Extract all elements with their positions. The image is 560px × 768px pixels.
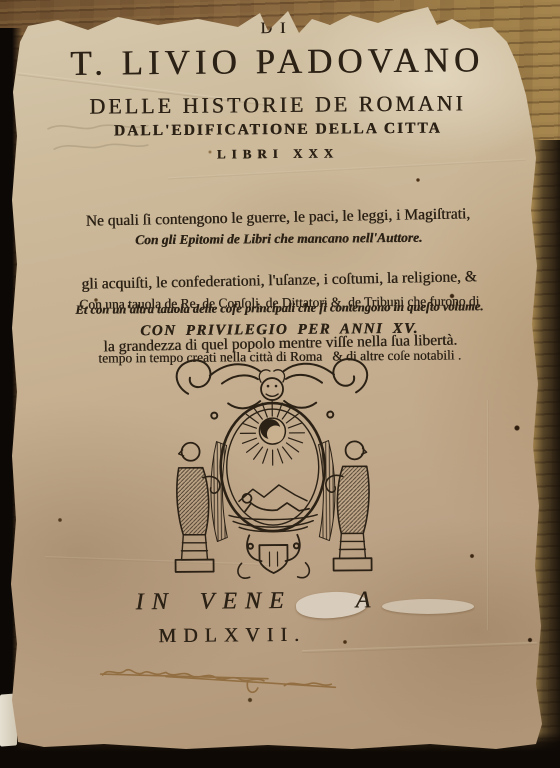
author-line: T. LIVIO PADOVANO xyxy=(7,40,547,85)
mountains xyxy=(239,485,307,502)
imprint-line: IN VENEA xyxy=(0,586,527,618)
title-page-paper: DI T. LIVIO PADOVANO DELLE HISTORIE DE R… xyxy=(0,0,560,768)
grotesque-mask xyxy=(259,370,284,400)
bottom-cartouche xyxy=(238,535,310,579)
printed-text-block: DI T. LIVIO PADOVANO DELLE HISTORIE DE R… xyxy=(0,0,560,768)
reclining-figure xyxy=(242,493,309,511)
work-title-line: DELLE HISTORIE DE ROMANI xyxy=(7,90,547,121)
torn-letters-gap xyxy=(292,607,356,608)
crossed-out-handwritten-inscription xyxy=(94,645,349,705)
imprint-prefix: IN VENE xyxy=(135,588,291,616)
crescent-moon-icon xyxy=(259,418,285,444)
subtitle-line: DALL'EDIFICATIONE DELLA CITTA xyxy=(8,119,548,142)
printer-device-woodcut xyxy=(152,347,394,586)
book-photo: DI T. LIVIO PADOVANO DELLE HISTORIE DE R… xyxy=(0,0,560,768)
imprint-suffix: A xyxy=(355,587,378,614)
